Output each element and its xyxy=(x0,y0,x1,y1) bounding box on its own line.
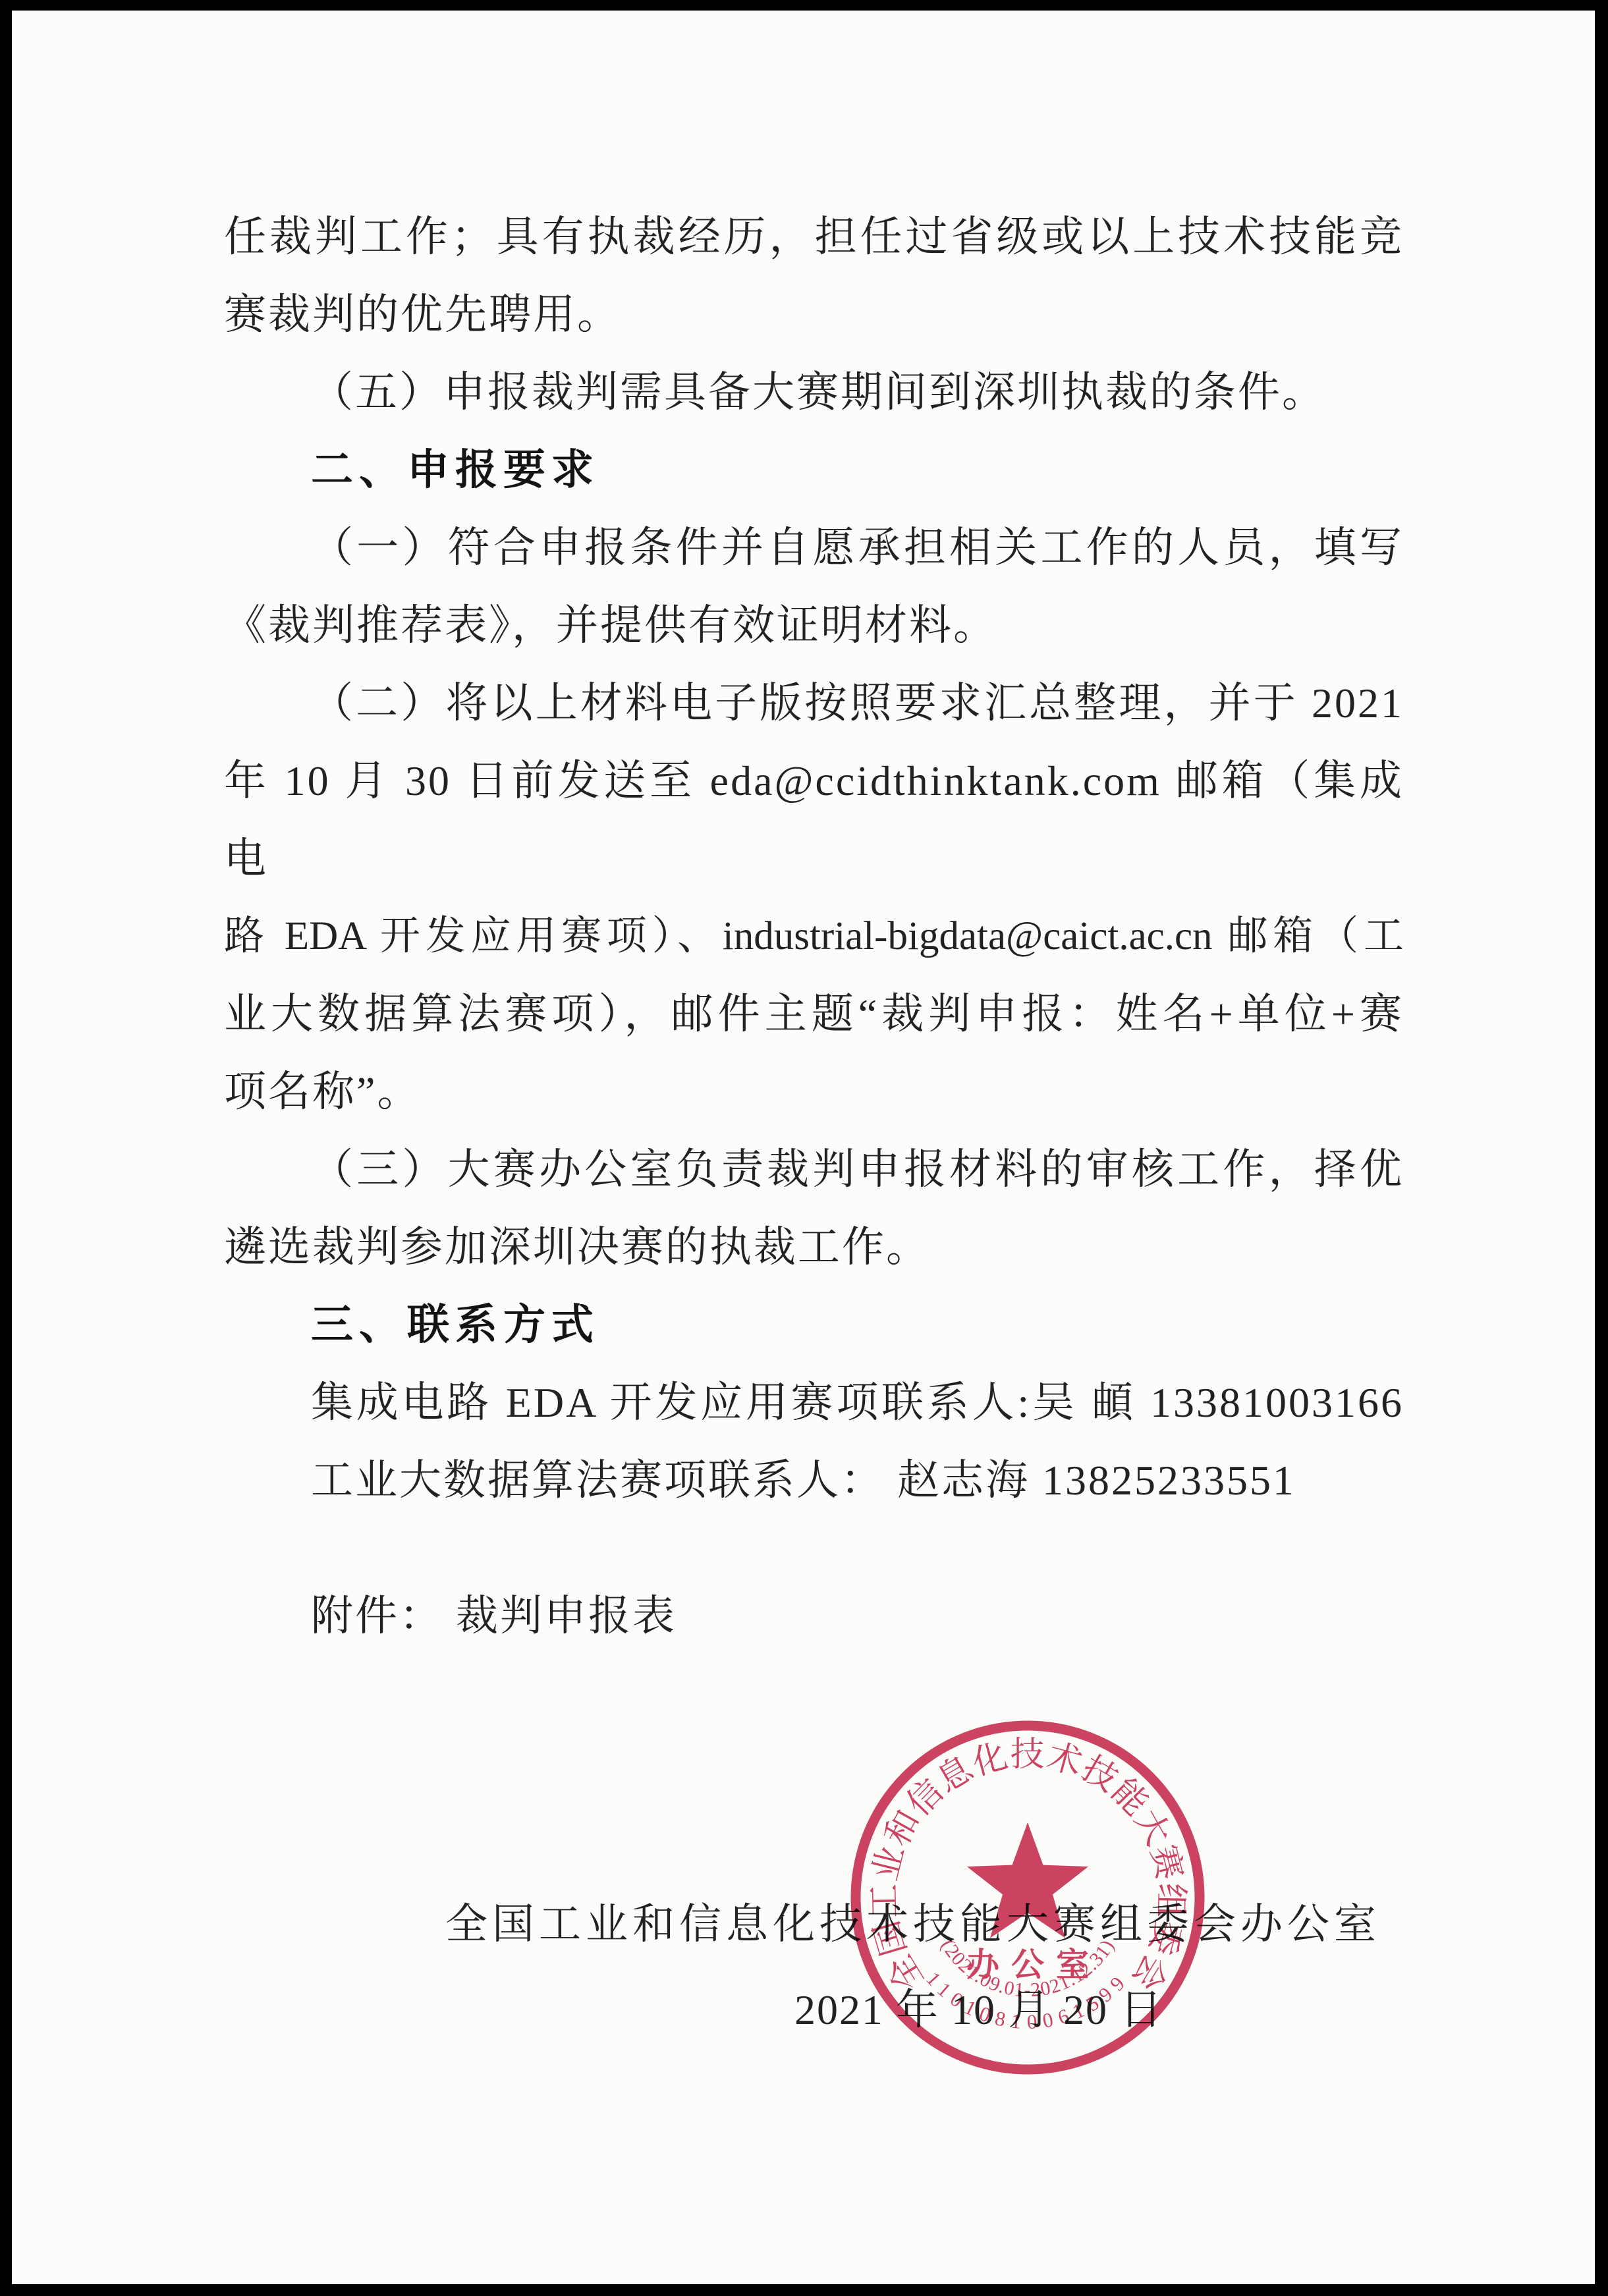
document-body: 任裁判工作；具有执裁经历，担任过省级或以上技术技能竞 赛裁判的优先聘用。 （五）… xyxy=(224,198,1404,2049)
document-line-email-eda: 年 10 月 30 日前发送至 eda@ccidthinktank.com 邮箱… xyxy=(224,742,1404,898)
official-seal: 全国工业和信息化技术技能大赛组委会 办公室 (2021.09.01-2021.1… xyxy=(846,1716,1209,2079)
document-line: （一）符合申报条件并自愿承担相关工作的人员，填写 xyxy=(224,509,1404,587)
document-line: 遴选裁判参加深圳决赛的执裁工作。 xyxy=(224,1209,1404,1286)
scanned-document: { "document": { "lines": [ "任裁判工作；具有执裁经历… xyxy=(0,0,1608,2296)
section-heading-contact-info: 三、联系方式 xyxy=(224,1286,1404,1364)
document-line: （三）大赛办公室负责裁判申报材料的审核工作，择优 xyxy=(224,1131,1404,1209)
document-line: 《裁判推荐表》，并提供有效证明材料。 xyxy=(224,587,1404,665)
document-line: 赛裁判的优先聘用。 xyxy=(224,276,1404,354)
document-line-email-bigdata: 路 EDA 开发应用赛项）、industrial-bigdata@caict.a… xyxy=(224,898,1404,975)
section-heading-application-requirements: 二、申报要求 xyxy=(224,431,1404,509)
document-line: 任裁判工作；具有执裁经历，担任过省级或以上技术技能竞 xyxy=(224,198,1404,276)
document-line: （五）申报裁判需具备大赛期间到深圳执裁的条件。 xyxy=(224,354,1404,431)
attachment-line: 附件： 裁判申报表 xyxy=(224,1577,1404,1655)
contact-line-eda: 集成电路 EDA 开发应用赛项联系人:吴 頔 13381003166 xyxy=(224,1364,1404,1442)
page: 任裁判工作；具有执裁经历，担任过省级或以上技术技能竞 赛裁判的优先聘用。 （五）… xyxy=(12,11,1595,2284)
document-line: （二）将以上材料电子版按照要求汇总整理，并于 2021 xyxy=(224,665,1404,742)
document-line: 项名称”。 xyxy=(224,1053,1404,1131)
document-line: 业大数据算法赛项），邮件主题“裁判申报：姓名+单位+赛 xyxy=(224,975,1404,1053)
star-icon xyxy=(967,1822,1088,1938)
contact-line-bigdata: 工业大数据算法赛项联系人： 赵志海 13825233551 xyxy=(224,1442,1404,1519)
official-seal-graphic: 全国工业和信息化技术技能大赛组委会 办公室 (2021.09.01-2021.1… xyxy=(846,1716,1209,2079)
